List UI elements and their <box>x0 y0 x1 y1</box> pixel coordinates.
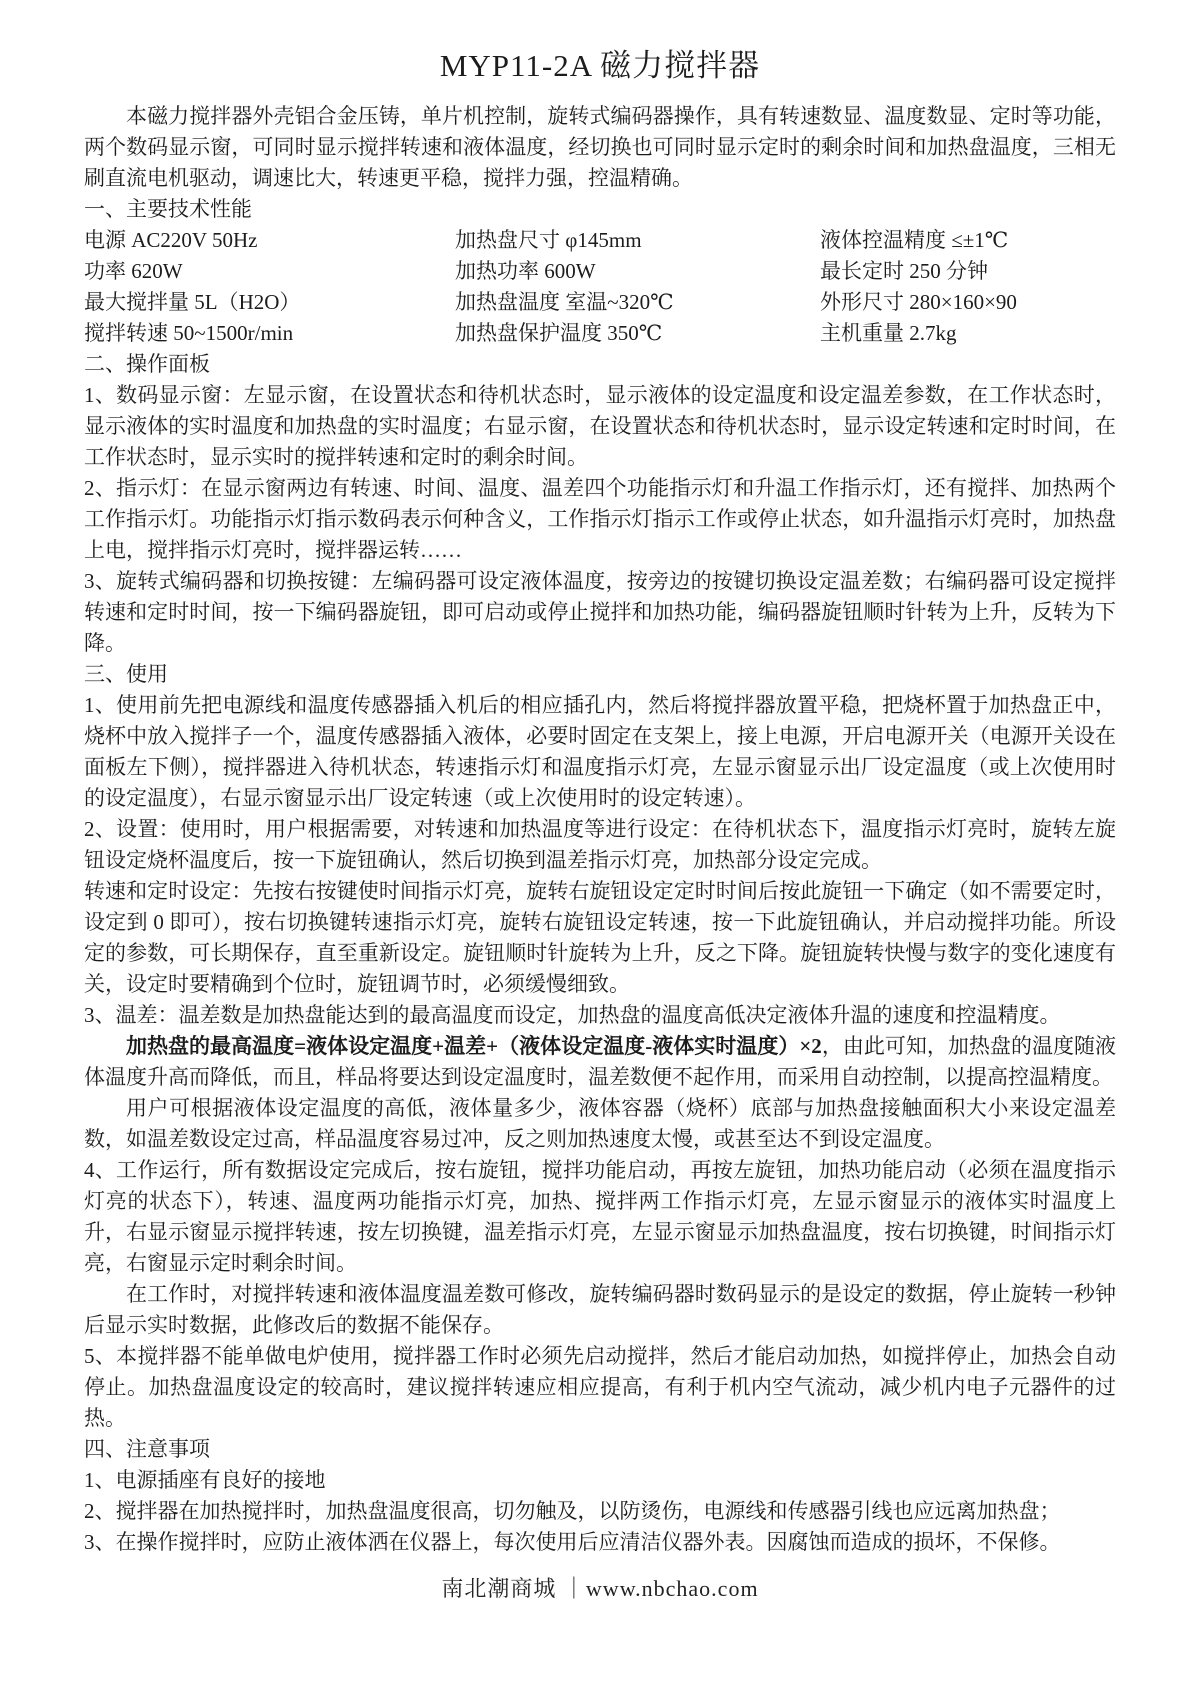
page-title: MYP11-2A 磁力搅拌器 <box>84 40 1116 85</box>
panel-paragraph-encoder: 3、旋转式编码器和切换按键：左编码器可设定液体温度，按旁边的按键切换设定温差数；… <box>84 566 1116 659</box>
usage-paragraph-user-set: 用户可根据液体设定温度的高低，液体量多少，液体容器（烧杯）底部与加热盘接触面积大… <box>84 1093 1116 1155</box>
spec-power: 功率 620W <box>84 256 455 287</box>
intro-paragraph: 本磁力搅拌器外壳铝合金压铸，单片机控制，旋转式编码器操作，具有转速数显、温度数显… <box>84 101 1116 194</box>
footer-brand: 南北潮商城 ｜www.nbchao.com <box>0 1572 1200 1603</box>
spec-row: 搅拌转速 50~1500r/min 加热盘保护温度 350℃ 主机重量 2.7k… <box>84 318 1116 349</box>
spec-stir-speed: 搅拌转速 50~1500r/min <box>84 318 455 349</box>
usage-paragraph-formula: 加热盘的最高温度=液体设定温度+温差+（液体设定温度-液体实时温度）×2，由此可… <box>84 1031 1116 1093</box>
usage-paragraph-modify: 在工作时，对搅拌转速和液体温度温差数可修改，旋转编码器时数码显示的是设定的数据，… <box>84 1279 1116 1341</box>
spec-row: 最大搅拌量 5L（H2O） 加热盘温度 室温~320℃ 外形尺寸 280×160… <box>84 287 1116 318</box>
tech-spec-table: 电源 AC220V 50Hz 加热盘尺寸 φ145mm 液体控温精度 ≤±1℃ … <box>84 225 1116 349</box>
panel-paragraph-indicators: 2、指示灯：在显示窗两边有转速、时间、温度、温差四个功能指示灯和升温工作指示灯，… <box>84 473 1116 566</box>
spec-power-supply: 电源 AC220V 50Hz <box>84 225 455 256</box>
usage-paragraph-setup: 1、使用前先把电源线和温度传感器插入机后的相应插孔内，然后将搅拌器放置平稳，把烧… <box>84 690 1116 814</box>
spec-protect-temp: 加热盘保护温度 350℃ <box>455 318 820 349</box>
spec-temp-accuracy: 液体控温精度 ≤±1℃ <box>820 225 1116 256</box>
spec-plate-temp: 加热盘温度 室温~320℃ <box>455 287 820 318</box>
spec-plate-size: 加热盘尺寸 φ145mm <box>455 225 820 256</box>
spec-weight: 主机重量 2.7kg <box>820 318 1116 349</box>
usage-paragraph-operation: 4、工作运行，所有数据设定完成后，按右旋钮，搅拌功能启动，再按左旋钮，加热功能启… <box>84 1155 1116 1279</box>
usage-paragraph-settings: 2、设置：使用时，用户根据需要，对转速和加热温度等进行设定：在待机状态下，温度指… <box>84 814 1116 876</box>
usage-paragraph-speed-timer: 转速和定时设定：先按右按键使时间指示灯亮，旋转右旋钮设定定时时间后按此旋钮一下确… <box>84 876 1116 1000</box>
note-paragraph-hot-plate: 2、搅拌器在加热搅拌时，加热盘温度很高，切勿触及，以防烫伤，电源线和传感器引线也… <box>84 1496 1116 1527</box>
note-paragraph-liquid: 3、在操作搅拌时，应防止液体洒在仪器上，每次使用后应清洁仪器外表。因腐蚀而造成的… <box>84 1527 1116 1558</box>
section-heading-panel: 二、操作面板 <box>84 349 1116 380</box>
spec-heating-power: 加热功率 600W <box>455 256 820 287</box>
section-heading-tech: 一、主要技术性能 <box>84 194 1116 225</box>
spec-row: 电源 AC220V 50Hz 加热盘尺寸 φ145mm 液体控温精度 ≤±1℃ <box>84 225 1116 256</box>
spec-dimensions: 外形尺寸 280×160×90 <box>820 287 1116 318</box>
panel-paragraph-display: 1、数码显示窗：左显示窗，在设置状态和待机状态时，显示液体的设定温度和设定温差参… <box>84 380 1116 473</box>
spec-max-timer: 最长定时 250 分钟 <box>820 256 1116 287</box>
document-page: MYP11-2A 磁力搅拌器 本磁力搅拌器外壳铝合金压铸，单片机控制，旋转式编码… <box>0 0 1200 1558</box>
usage-paragraph-tempdiff: 3、温差：温差数是加热盘能达到的最高温度而设定，加热盘的温度高低决定液体升温的速… <box>84 1000 1116 1031</box>
spec-row: 功率 620W 加热功率 600W 最长定时 250 分钟 <box>84 256 1116 287</box>
note-paragraph-grounding: 1、电源插座有良好的接地 <box>84 1465 1116 1496</box>
section-heading-usage: 三、使用 <box>84 659 1116 690</box>
formula-bold-text: 加热盘的最高温度=液体设定温度+温差+（液体设定温度-液体实时温度）×2 <box>126 1034 822 1058</box>
usage-paragraph-warning: 5、本搅拌器不能单做电炉使用，搅拌器工作时必须先启动搅拌，然后才能启动加热，如搅… <box>84 1341 1116 1434</box>
spec-max-volume: 最大搅拌量 5L（H2O） <box>84 287 455 318</box>
section-heading-notes: 四、注意事项 <box>84 1434 1116 1465</box>
